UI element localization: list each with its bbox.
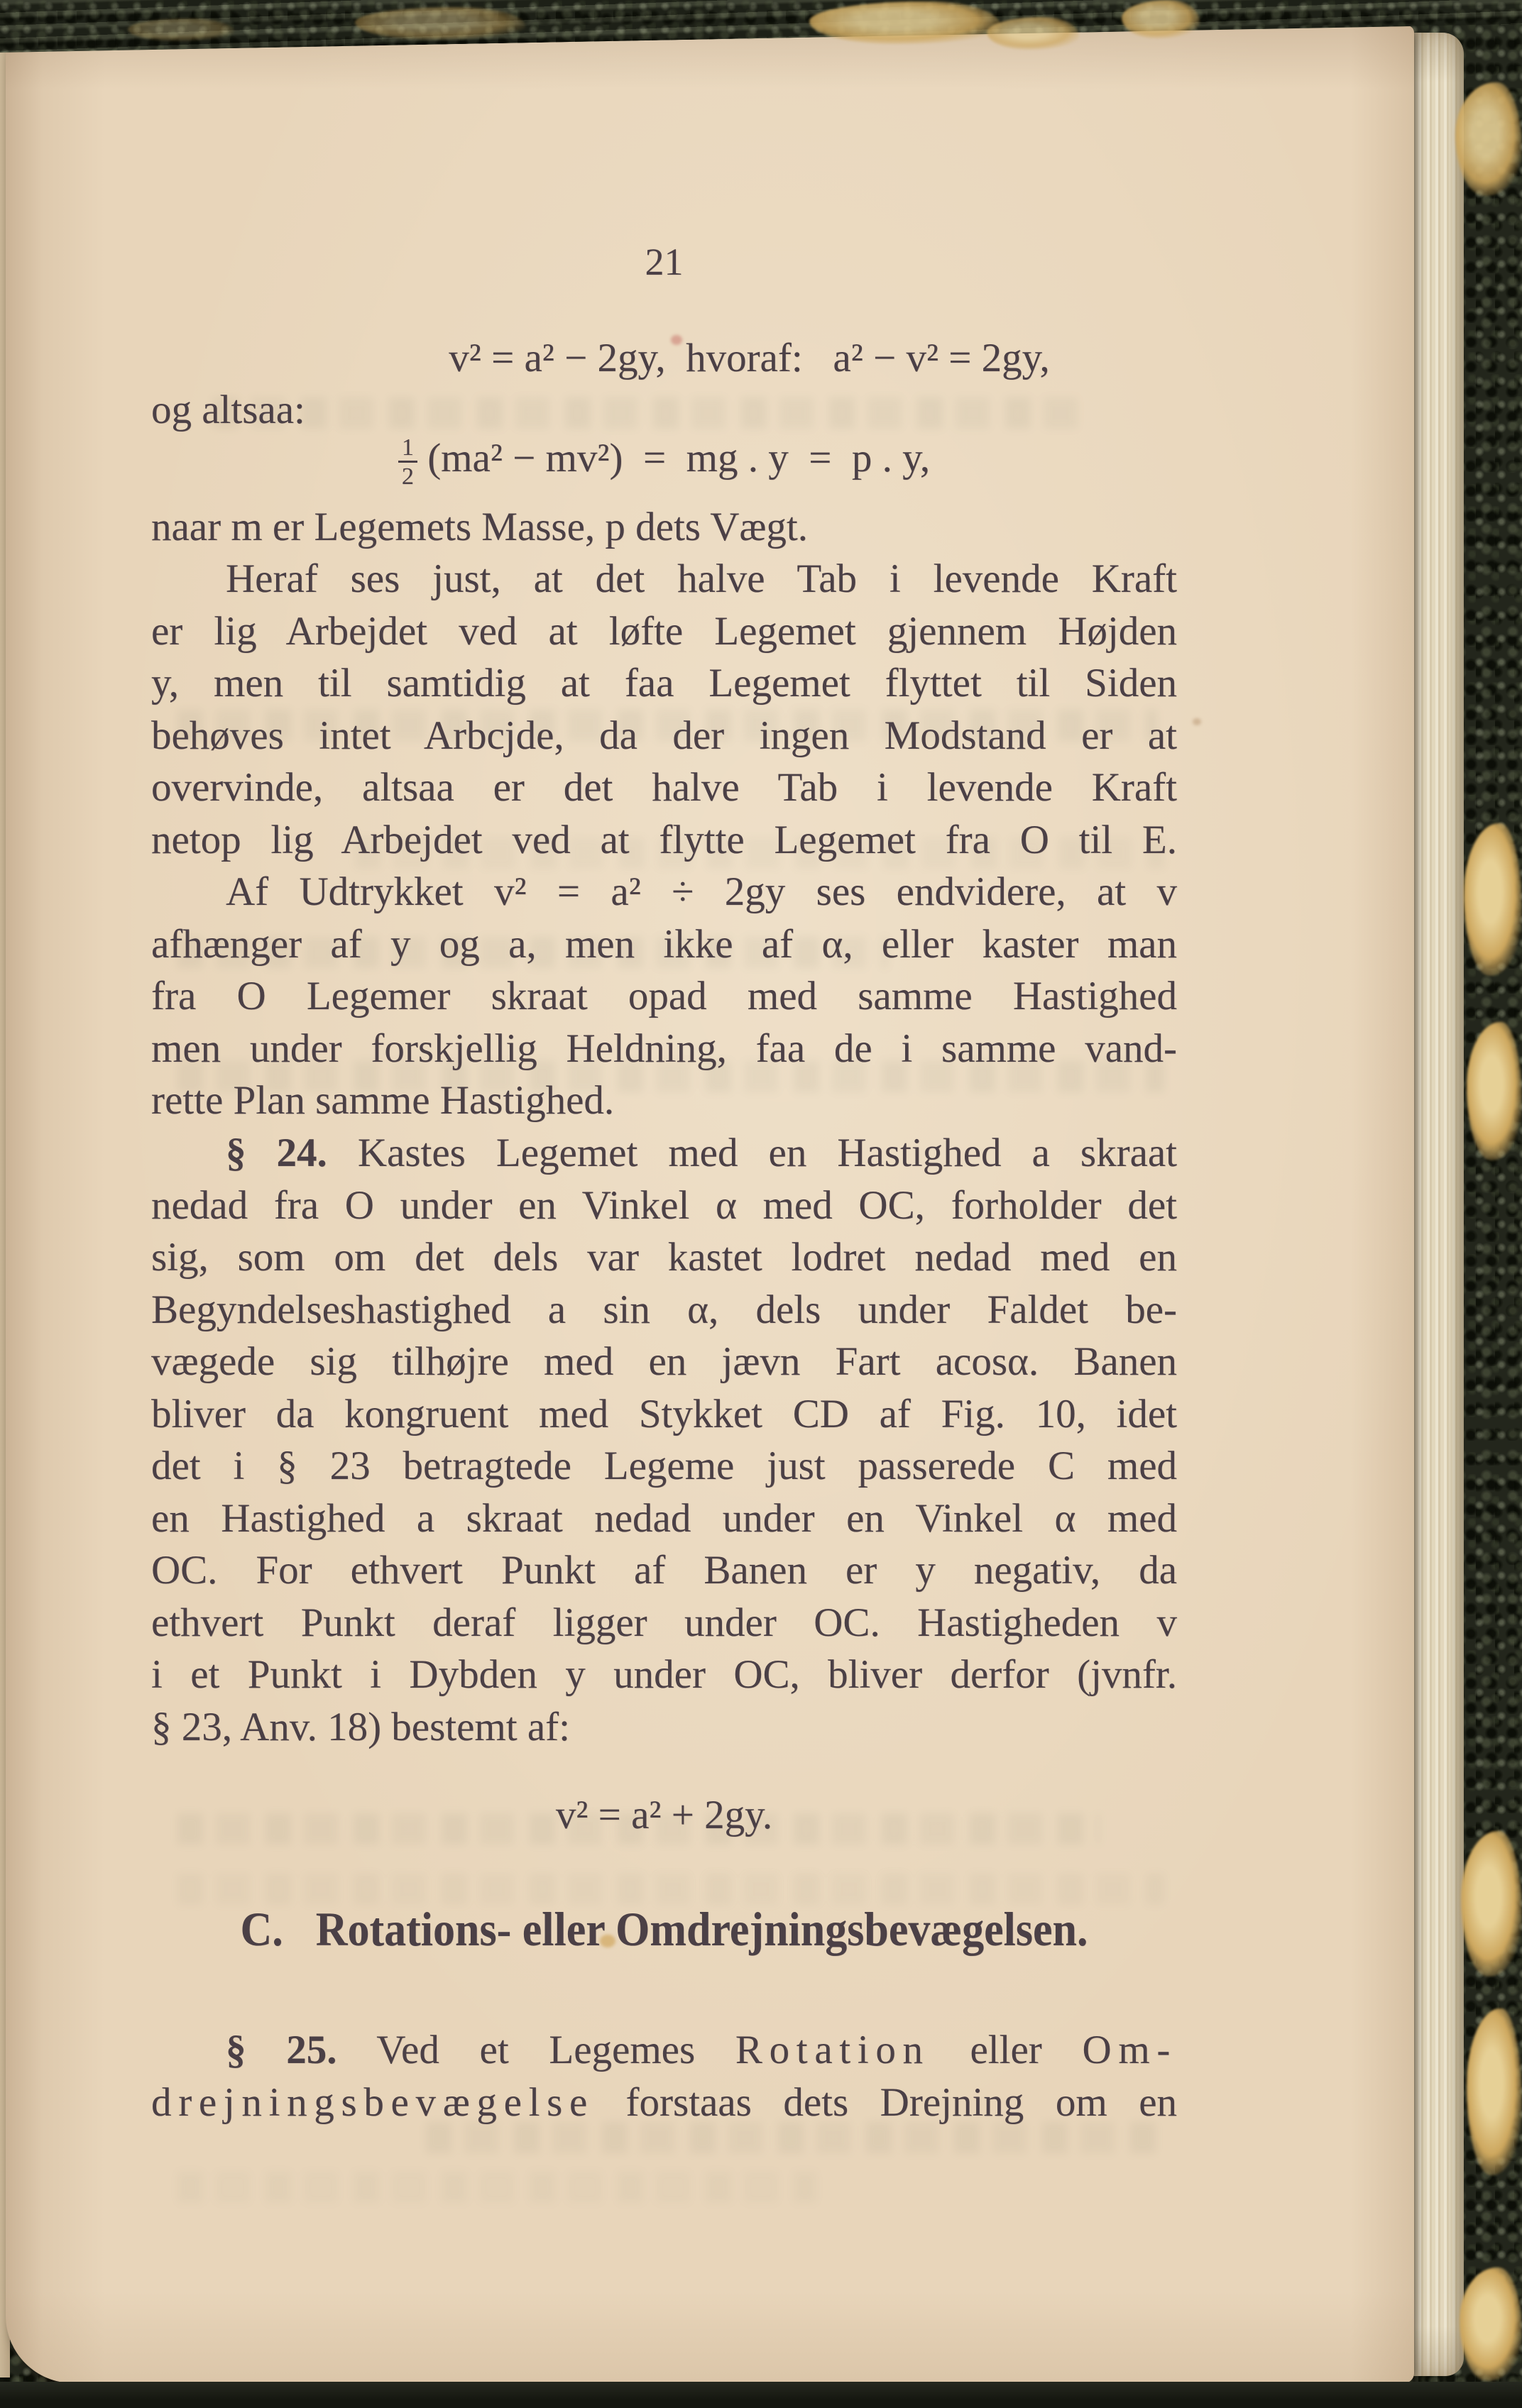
text-segment-spaced: drejningsbevægelse bbox=[151, 2080, 594, 2125]
section-ref: § 24. bbox=[226, 1131, 327, 1175]
text-segment: forstaas dets Drejning om en bbox=[626, 2080, 1177, 2125]
text-line: afhænger af y og a, men ikke af α, eller… bbox=[151, 918, 1177, 971]
text-line: OC. For ethvert Punkt af Banen er y nega… bbox=[151, 1544, 1177, 1597]
gold-marbling bbox=[1455, 82, 1522, 196]
gold-marbling bbox=[1467, 1022, 1522, 1160]
binding-bottom-edge bbox=[0, 2382, 1522, 2408]
text-line: sig, som om det dels var kastet lodret n… bbox=[151, 1231, 1177, 1284]
text-line: er lig Arbejdet ved at løfte Legemet gje… bbox=[151, 605, 1177, 658]
text-line: nedad fra O under en Vinkel α med OC, fo… bbox=[151, 1180, 1177, 1232]
text-line: Heraf ses just, at det halve Tab i leven… bbox=[151, 553, 1177, 605]
text-line: netop lig Arbejdet ved at flytte Legemet… bbox=[151, 814, 1177, 867]
text-line: overvinde, altsaa er det halve Tab i lev… bbox=[151, 762, 1177, 814]
page-number: 21 bbox=[151, 236, 1177, 288]
text-segment-spaced: Rotation bbox=[735, 2028, 930, 2072]
text-line: ethvert Punkt deraf ligger under OC. Has… bbox=[151, 1597, 1177, 1649]
gold-marbling bbox=[128, 18, 234, 41]
text-segment: eller bbox=[970, 2028, 1041, 2072]
text-line: § 23, Anv. 18) bestemt af: bbox=[151, 1701, 1177, 1754]
paragraph-section-25: § 25. Ved et Legemes Rotation eller Om- … bbox=[151, 2024, 1177, 2128]
equation-velocity-top: v² = a² − 2gy, hvoraf: a² − v² = 2gy, bbox=[151, 332, 1177, 385]
gold-marbling bbox=[1460, 2267, 1522, 2381]
text-line: y, men til samtidig at faa Legemet flytt… bbox=[151, 657, 1177, 710]
text-line: vægede sig tilhøjre med en jævn Fart aco… bbox=[151, 1336, 1177, 1388]
text-line: naar m er Legemets Masse, p dets Vægt. bbox=[151, 501, 1177, 554]
book-page: 21 v² = a² − 2gy, hvoraf: a² − v² = 2gy,… bbox=[6, 26, 1414, 2383]
section-ref: § 25. bbox=[226, 2028, 336, 2072]
gold-marbling bbox=[809, 1, 1001, 44]
equation-energy-rest: (ma² − mv²) = mg . y = p . y, bbox=[417, 436, 930, 480]
text-line: § 25. Ved et Legemes Rotation eller Om- bbox=[151, 2024, 1177, 2077]
text-line: Begyndelseshastighed a sin α, dels under… bbox=[151, 1284, 1177, 1336]
text-line: en Hastighed a skraat nedad under en Vin… bbox=[151, 1492, 1177, 1545]
gold-marbling bbox=[1461, 1831, 1522, 1977]
paragraph-heraf: Heraf ses just, at det halve Tab i leven… bbox=[151, 553, 1177, 866]
gold-marbling bbox=[987, 17, 1079, 50]
text-segment-spaced: Om- bbox=[1082, 2028, 1177, 2072]
gold-marbling bbox=[355, 7, 525, 40]
section-heading-label: C. bbox=[240, 1903, 283, 1957]
text-column: 21 v² = a² − 2gy, hvoraf: a² − v² = 2gy,… bbox=[151, 26, 1177, 2383]
gold-marbling bbox=[1467, 2008, 1522, 2175]
text-segment: Ved et Legemes bbox=[376, 2028, 695, 2072]
text-line: rette Plan samme Hastighed. bbox=[151, 1074, 1177, 1127]
section-heading: C.Rotations- eller Omdrejningsbevægelsen… bbox=[151, 1896, 1177, 1964]
text-line: Af Udtrykket v² = a² ÷ 2gy ses endvidere… bbox=[151, 866, 1177, 918]
text-line: i et Punkt i Dybden y under OC, bliver d… bbox=[151, 1649, 1177, 1701]
text-segment: Kastes Legemet med en Hastighed a skraat bbox=[358, 1131, 1177, 1175]
text-line: bliver da kongruent med Stykket CD af Fi… bbox=[151, 1388, 1177, 1441]
equation-energy: 12 (ma² − mv²) = mg . y = p . y, bbox=[151, 423, 1177, 494]
text-line: drejningsbevægelse forstaas dets Drejnin… bbox=[151, 2077, 1177, 2129]
section-heading-title: Rotations- eller Omdrejningsbevægelsen. bbox=[316, 1903, 1088, 1957]
paragraph-section-24: § 24. Kastes Legemet med en Hastighed a … bbox=[151, 1127, 1177, 1753]
text-line: § 24. Kastes Legemet med en Hastighed a … bbox=[151, 1127, 1177, 1180]
equation-velocity-final: v² = a² + 2gy. bbox=[151, 1789, 1177, 1842]
paragraph-af-udtrykket: Af Udtrykket v² = a² ÷ 2gy ses endvidere… bbox=[151, 866, 1177, 1127]
text-line: fra O Legemer skraat opad med samme Hast… bbox=[151, 970, 1177, 1023]
text-line: men under forskjellig Heldning, faa de i… bbox=[151, 1023, 1177, 1075]
gold-marbling bbox=[1464, 823, 1522, 976]
gold-marbling bbox=[1122, 0, 1200, 38]
fraction-one-half: 12 bbox=[398, 436, 417, 490]
scanned-book-page: 21 v² = a² − 2gy, hvoraf: a² − v² = 2gy,… bbox=[0, 0, 1522, 2408]
foxing-spot bbox=[1193, 718, 1201, 725]
text-line: det i § 23 betragtede Legeme just passer… bbox=[151, 1440, 1177, 1492]
paragraph-mass-weight: naar m er Legemets Masse, p dets Vægt. bbox=[151, 501, 1177, 554]
text-line: behøves intet Arbcjde, da der ingen Mods… bbox=[151, 710, 1177, 762]
